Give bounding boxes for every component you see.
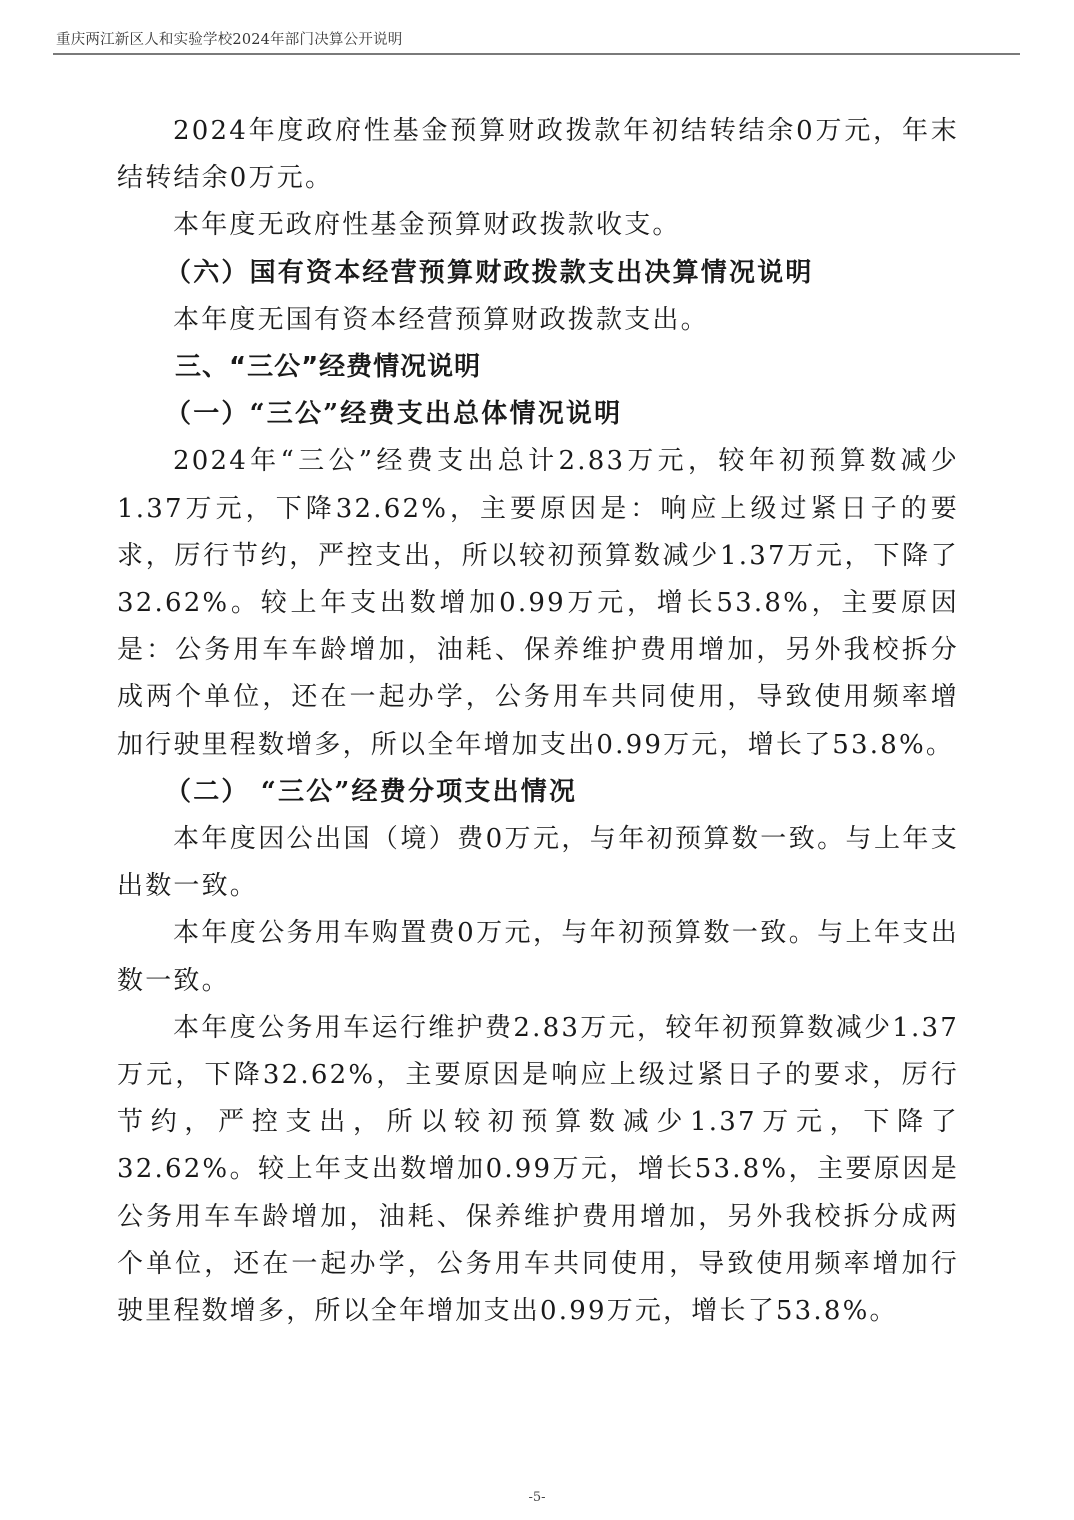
paragraph-overall-expenditure: 2024年“三公”经费支出总计2.83万元，较年初预算数减少1.37万元，下降3… xyxy=(117,438,959,768)
paragraph-vehicle-maintenance: 本年度公务用车运行维护费2.83万元，较年初预算数减少1.37万元，下降32.6… xyxy=(117,1005,959,1335)
subsection-heading-itemized: （二） “三公”经费分项支出情况 xyxy=(117,769,959,816)
header-divider xyxy=(53,53,1020,55)
paragraph-no-state-capital: 本年度无国有资本经营预算财政拨款支出。 xyxy=(117,297,959,344)
paragraph-gov-fund-balance: 2024年度政府性基金预算财政拨款年初结转结余0万元，年末结转结余0万元。 xyxy=(117,108,959,202)
section-heading-three-public: 三、“三公”经费情况说明 xyxy=(117,344,959,391)
page-header-title: 重庆两江新区人和实验学校2024年部门决算公开说明 xyxy=(56,28,402,49)
paragraph-vehicle-purchase: 本年度公务用车购置费0万元，与年初预算数一致。与上年支出数一致。 xyxy=(117,910,959,1004)
subsection-heading-overall: （一）“三公”经费支出总体情况说明 xyxy=(117,391,959,438)
paragraph-no-gov-fund: 本年度无政府性基金预算财政拨款收支。 xyxy=(117,202,959,249)
document-body: 2024年度政府性基金预算财政拨款年初结转结余0万元，年末结转结余0万元。 本年… xyxy=(117,108,959,1335)
paragraph-overseas-travel: 本年度因公出国（境）费0万元，与年初预算数一致。与上年支出数一致。 xyxy=(117,816,959,910)
section-heading-state-capital: （六）国有资本经营预算财政拨款支出决算情况说明 xyxy=(117,250,959,297)
page-number: -5- xyxy=(0,1490,1074,1505)
